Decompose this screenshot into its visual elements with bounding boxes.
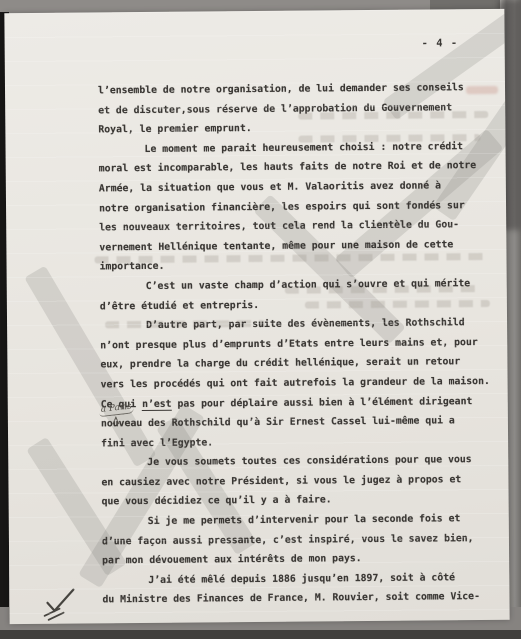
typed-line: et de discuter,sous réserve de l’approba… bbox=[98, 97, 500, 120]
typed-line: d’une façon aussi pressante, c’est inspi… bbox=[102, 529, 504, 552]
typed-line: vernement Hellénique tentante, même pour… bbox=[99, 235, 501, 258]
handwritten-checkmark-icon bbox=[42, 586, 78, 622]
underlined-word: n’est bbox=[142, 398, 172, 410]
scanned-document-page: - 4 - l’ensemble de notre organisation, … bbox=[0, 0, 521, 639]
typed-segment: pas pour déplaire aussi bien à l’élément… bbox=[172, 396, 473, 410]
document-paper: - 4 - l’ensemble de notre organisation, … bbox=[4, 9, 509, 624]
typed-line: du Ministre des Finances de France, M. R… bbox=[102, 587, 504, 610]
typed-line: C’est un vaste champ d’action qui s’ouvr… bbox=[100, 274, 502, 297]
typed-text-block: l’ensemble de notre organisation, de lui… bbox=[98, 78, 505, 611]
insertion-caret-mark bbox=[112, 416, 120, 424]
page-number: - 4 - bbox=[422, 37, 459, 49]
typed-line: en causiez avec notre Président, si vous… bbox=[101, 470, 503, 493]
typed-line: nouveau des Rothschild qu’à Sir Ernest C… bbox=[101, 411, 503, 434]
scan-bottom-dark-strip bbox=[0, 630, 521, 639]
